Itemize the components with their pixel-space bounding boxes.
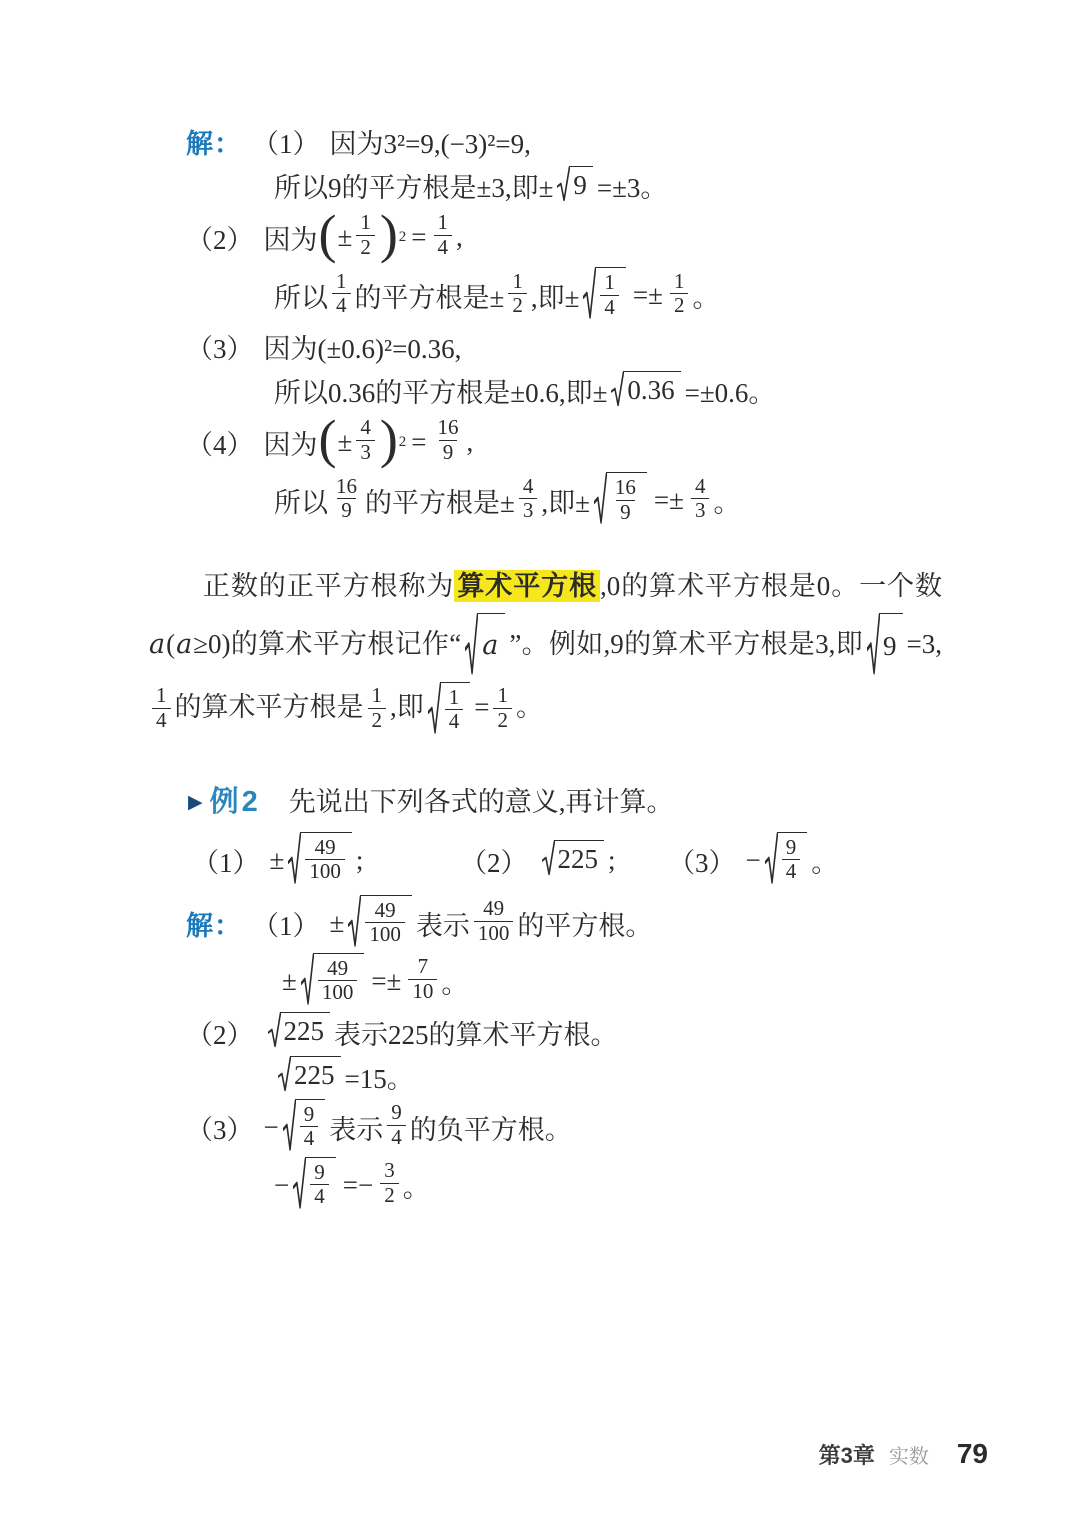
item-number: （1） — [252, 904, 320, 943]
radicand: 225 — [558, 844, 599, 875]
example2-solution: 解： （1） ± 49100 表示 49100 的平方根。 ± 49100 =±… — [186, 897, 942, 1212]
denominator: 100 — [474, 921, 514, 946]
sqrt-expression: 94 — [283, 1099, 326, 1152]
text-run: ”。例如,9的算术平方根是3,即 — [509, 629, 863, 659]
denominator: 3 — [519, 498, 538, 523]
equals-sign: = — [411, 222, 426, 253]
text-run: 的算术平方根记作“ — [231, 629, 462, 659]
left-paren: ( — [318, 207, 338, 261]
solution-step: 所以 169 的平方根是± 43 ,即± 169 =± 43 。 — [186, 474, 942, 527]
comma: , — [456, 222, 463, 253]
fraction: 169 — [611, 476, 640, 524]
radicand: 225 — [284, 1016, 325, 1047]
right-paren: ) — [379, 207, 399, 261]
variable-a: a — [175, 629, 193, 660]
sqrt-expression: 94 — [293, 1157, 336, 1210]
numerator: 49 — [323, 957, 352, 981]
denominator: 3 — [356, 440, 375, 465]
period: 。 — [441, 962, 468, 1001]
numerator: 9 — [782, 836, 801, 860]
denominator: 9 — [616, 500, 635, 525]
denominator: 100 — [318, 980, 358, 1005]
denominator: 2 — [670, 293, 689, 318]
denominator: 2 — [368, 708, 387, 733]
numerator: 9 — [300, 1103, 319, 1127]
denominator: 4 — [332, 293, 351, 318]
denominator: 100 — [305, 859, 345, 884]
denominator: 2 — [356, 235, 375, 260]
text-run: 所以9的平方根是±3,即± — [274, 166, 553, 205]
fraction: 94 — [300, 1103, 319, 1151]
text-run: =±3。 — [597, 166, 668, 205]
sqrt-expression: 14 — [428, 682, 471, 735]
solution-step: （3） − 94 表示 94 的负平方根。 — [186, 1101, 942, 1154]
fraction: 94 — [782, 836, 801, 884]
numerator: 1 — [600, 271, 619, 295]
textbook-page: { "colors": { "accent_blue": "#1878ba", … — [0, 0, 1080, 1528]
solution-step: 所以9的平方根是±3,即± 9 =±3。 — [186, 166, 942, 205]
page-footer: 第3章 实数 79 — [819, 1438, 988, 1470]
text-run: 因为 — [264, 423, 318, 462]
solution-step: ± 49100 =± 710 。 — [186, 955, 942, 1008]
numerator: 1 — [152, 684, 171, 708]
equals-plus-minus: =± — [633, 280, 663, 311]
numerator: 49 — [311, 836, 340, 860]
text-run: 的平方根。 — [517, 904, 652, 943]
numerator: 3 — [380, 1159, 399, 1183]
triangle-marker-icon: ▶ — [188, 791, 203, 813]
radicand-body: 14 — [440, 682, 471, 735]
denominator: 4 — [782, 859, 801, 884]
solve-label: 解： — [186, 904, 242, 943]
item-number: （4） — [186, 423, 254, 462]
period: 。 — [811, 841, 838, 880]
fraction: 14 — [152, 684, 171, 732]
comma: , — [467, 427, 474, 458]
text-run: =3, — [907, 629, 942, 659]
radicand-body: 49100 — [360, 895, 412, 948]
equals-minus: =− — [343, 1170, 373, 1201]
radicand: a — [481, 617, 499, 675]
radicand-body: 225 — [280, 1012, 331, 1048]
denominator: 4 — [310, 1184, 329, 1209]
fraction: 169 — [332, 475, 361, 523]
period: 。 — [692, 276, 719, 315]
item-number: （3） — [186, 327, 254, 366]
minus-sign: − — [746, 845, 761, 876]
radicand-body: 225 — [290, 1056, 341, 1092]
text-run: 的平方根是± — [355, 276, 505, 315]
fraction: 710 — [408, 955, 437, 1003]
denominator: 4 — [387, 1125, 406, 1150]
radicand: 0.36 — [627, 375, 674, 406]
solution-step: （2） 225 表示225的算术平方根。 — [186, 1013, 942, 1052]
chapter-label: 第3章 — [819, 1439, 875, 1470]
denominator: 100 — [365, 922, 405, 947]
numerator: 9 — [310, 1161, 329, 1185]
denominator: 2 — [493, 708, 512, 733]
numerator: 9 — [387, 1101, 406, 1125]
solution-step: （3） 因为(±0.6)²=0.36, — [186, 327, 942, 366]
radicand-body: 225 — [554, 840, 605, 876]
radicand-body: 9 — [879, 613, 903, 676]
fraction: 32 — [380, 1159, 399, 1207]
solution-step: （2） 因为 ( ± 12 ) 2 = 14 , — [186, 210, 942, 264]
numerator: 49 — [371, 899, 400, 923]
radicand-body: 169 — [606, 472, 647, 525]
fraction: 43 — [691, 475, 710, 523]
minus-sign: − — [274, 1170, 289, 1201]
text-run: 所以0.36的平方根是±0.6,即± — [274, 371, 607, 410]
denominator: 9 — [439, 440, 458, 465]
period: 。 — [403, 1166, 430, 1205]
superscript-2: 2 — [399, 434, 407, 451]
fraction: 43 — [519, 475, 538, 523]
text-run: 因为3²=9,(−3)²=9, — [330, 122, 531, 161]
text-run: 因为 — [264, 218, 318, 257]
numerator: 16 — [332, 475, 361, 499]
denominator: 4 — [600, 295, 619, 320]
text-run: ,即± — [531, 276, 580, 315]
sqrt-expression: 169 — [594, 472, 647, 525]
fraction: 12 — [356, 211, 375, 259]
sqrt-expression: 49100 — [348, 895, 412, 948]
denominator: 2 — [380, 1183, 399, 1208]
sqrt-expression: a — [465, 613, 505, 676]
text-run: 因为(±0.6)²=0.36, — [264, 327, 462, 366]
denominator: 4 — [434, 235, 453, 260]
fraction: 14 — [445, 686, 464, 734]
text-run: ( — [166, 629, 175, 659]
numerator: 1 — [493, 684, 512, 708]
text-run: 表示 — [416, 904, 470, 943]
text-run: =±0.6。 — [685, 371, 776, 410]
fraction: 12 — [493, 684, 512, 732]
equals-plus-minus: =± — [654, 485, 684, 516]
equals-plus-minus: =± — [371, 966, 401, 997]
problem-item: （2） 225 ; — [460, 841, 668, 880]
denominator: 9 — [337, 498, 356, 523]
fraction: 49100 — [318, 957, 358, 1005]
solution-step: 225 =15。 — [186, 1057, 942, 1096]
radicand-body: 0.36 — [623, 371, 680, 407]
sqrt-expression: 49100 — [301, 953, 365, 1006]
text-run: ,0的算术平方根是0。一个数 — [600, 571, 942, 601]
example2-header: ▶ 例2 先说出下列各式的意义,再计算。 — [188, 779, 942, 820]
problem-item: （1） ± 49100 ; — [192, 834, 460, 887]
example2-problems: （1） ± 49100 ; （2） 225 ; （3） − 94 。 — [192, 834, 942, 887]
fraction: 94 — [310, 1161, 329, 1209]
fraction: 14 — [332, 270, 351, 318]
radicand: 225 — [294, 1060, 335, 1091]
plus-minus-sign: ± — [270, 845, 285, 876]
sqrt-expression: 9 — [867, 613, 903, 676]
text-run: =15。 — [345, 1057, 414, 1096]
example2-label: 例2 — [210, 779, 261, 820]
subject-label: 实数 — [889, 1440, 929, 1469]
variable-a: a — [148, 629, 166, 660]
highlighted-term: 算术平方根 — [454, 570, 600, 602]
sqrt-expression: 94 — [765, 832, 808, 885]
semicolon: ; — [356, 845, 364, 876]
item-number: （3） — [668, 841, 736, 880]
radicand-body: 9 — [569, 166, 593, 202]
denominator: 10 — [408, 979, 437, 1004]
fraction: 49100 — [365, 899, 405, 947]
page-content: 解： （1） 因为3²=9,(−3)²=9, 所以9的平方根是±3,即± 9 =… — [0, 0, 1080, 1212]
item-number: （1） — [252, 122, 320, 161]
fraction: 49100 — [305, 836, 345, 884]
radicand-body: 94 — [777, 832, 808, 885]
text-run: 所以 — [274, 481, 328, 520]
solve-label: 解： — [186, 122, 242, 161]
equals-sign: = — [411, 427, 426, 458]
text-run: 的平方根是± — [365, 481, 515, 520]
numerator: 49 — [479, 897, 508, 921]
plus-minus-sign: ± — [330, 908, 345, 939]
numerator: 4 — [519, 475, 538, 499]
numerator: 1 — [356, 211, 375, 235]
fraction: 49100 — [474, 897, 514, 945]
fraction: 14 — [434, 211, 453, 259]
fraction: 14 — [600, 271, 619, 319]
minus-sign: − — [264, 1112, 279, 1143]
plus-minus-sign: ± — [337, 222, 352, 253]
numerator: 1 — [445, 686, 464, 710]
problem-item: （3） − 94 。 — [668, 834, 838, 887]
sqrt-expression: 14 — [583, 267, 626, 320]
solution-step: （4） 因为 ( ± 43 ) 2 = 169 , — [186, 415, 942, 469]
numerator: 1 — [670, 270, 689, 294]
solution-step: − 94 =− 32 。 — [186, 1159, 942, 1212]
solution-step: 所以 14 的平方根是± 12 ,即± 14 =± 12 。 — [186, 269, 942, 322]
period: 。 — [713, 481, 740, 520]
denominator: 4 — [300, 1126, 319, 1151]
page-number: 79 — [957, 1438, 988, 1470]
numerator: 4 — [691, 475, 710, 499]
text-run: 。 — [516, 692, 543, 722]
fraction: 12 — [508, 270, 527, 318]
radicand-body: 49100 — [313, 953, 365, 1006]
text-run: 表示225的算术平方根。 — [334, 1013, 618, 1052]
numerator: 1 — [368, 684, 387, 708]
numerator: 7 — [414, 955, 433, 979]
numerator: 1 — [332, 270, 351, 294]
semicolon: ; — [608, 845, 616, 876]
text-run: 表示 — [329, 1108, 383, 1147]
numerator: 16 — [611, 476, 640, 500]
plus-minus-sign: ± — [282, 966, 297, 997]
radicand-body: 94 — [295, 1099, 326, 1152]
fraction: 12 — [368, 684, 387, 732]
plus-minus-sign: ± — [337, 427, 352, 458]
denominator: 4 — [445, 709, 464, 734]
numerator: 1 — [508, 270, 527, 294]
right-paren: ) — [379, 412, 399, 466]
superscript-2: 2 — [399, 229, 407, 246]
text-run: 正数的正平方根称为 — [202, 571, 454, 601]
definition-paragraph: 正数的正平方根称为算术平方根,0的算术平方根是0。一个数a(a≥0)的算术平方根… — [148, 557, 942, 737]
fraction: 169 — [434, 416, 463, 464]
text-run: 的算术平方根是 — [175, 692, 364, 722]
text-run: = — [474, 692, 489, 722]
sqrt-expression: 225 — [278, 1056, 341, 1092]
denominator: 2 — [508, 293, 527, 318]
left-paren: ( — [318, 412, 338, 466]
item-number: （2） — [186, 218, 254, 257]
text-run: ,即 — [390, 692, 424, 722]
radicand-body: 14 — [595, 267, 626, 320]
item-number: （2） — [460, 841, 528, 880]
example2-title: 先说出下列各式的意义,再计算。 — [289, 780, 674, 819]
numerator: 16 — [434, 416, 463, 440]
denominator: 3 — [691, 498, 710, 523]
text-run: ,即± — [541, 481, 590, 520]
fraction: 12 — [670, 270, 689, 318]
solution-step: 所以0.36的平方根是±0.6,即± 0.36 =±0.6。 — [186, 371, 942, 410]
item-number: （3） — [186, 1108, 254, 1147]
sqrt-expression: 49100 — [288, 832, 352, 885]
radicand-body: 49100 — [300, 832, 352, 885]
radicand-body: a — [477, 613, 505, 676]
denominator: 4 — [152, 708, 171, 733]
radicand: 9 — [573, 170, 587, 201]
sqrt-expression: 225 — [542, 840, 605, 876]
sqrt-expression: 0.36 — [611, 371, 680, 407]
solution-step: 解： （1） 因为3²=9,(−3)²=9, — [186, 122, 942, 161]
radicand-body: 94 — [305, 1157, 336, 1210]
numerator: 4 — [356, 416, 375, 440]
sqrt-expression: 9 — [557, 166, 593, 202]
numerator: 1 — [434, 211, 453, 235]
text-run: 的负平方根。 — [410, 1108, 572, 1147]
solution-step: 解： （1） ± 49100 表示 49100 的平方根。 — [186, 897, 942, 950]
fraction: 43 — [356, 416, 375, 464]
text-run: 所以 — [274, 276, 328, 315]
sqrt-expression: 225 — [268, 1012, 331, 1048]
text-run: ≥0) — [193, 629, 230, 659]
item-number: （2） — [186, 1013, 254, 1052]
fraction: 94 — [387, 1101, 406, 1149]
radicand: 9 — [883, 617, 897, 675]
example1-solution: 解： （1） 因为3²=9,(−3)²=9, 所以9的平方根是±3,即± 9 =… — [186, 122, 942, 527]
item-number: （1） — [192, 841, 260, 880]
